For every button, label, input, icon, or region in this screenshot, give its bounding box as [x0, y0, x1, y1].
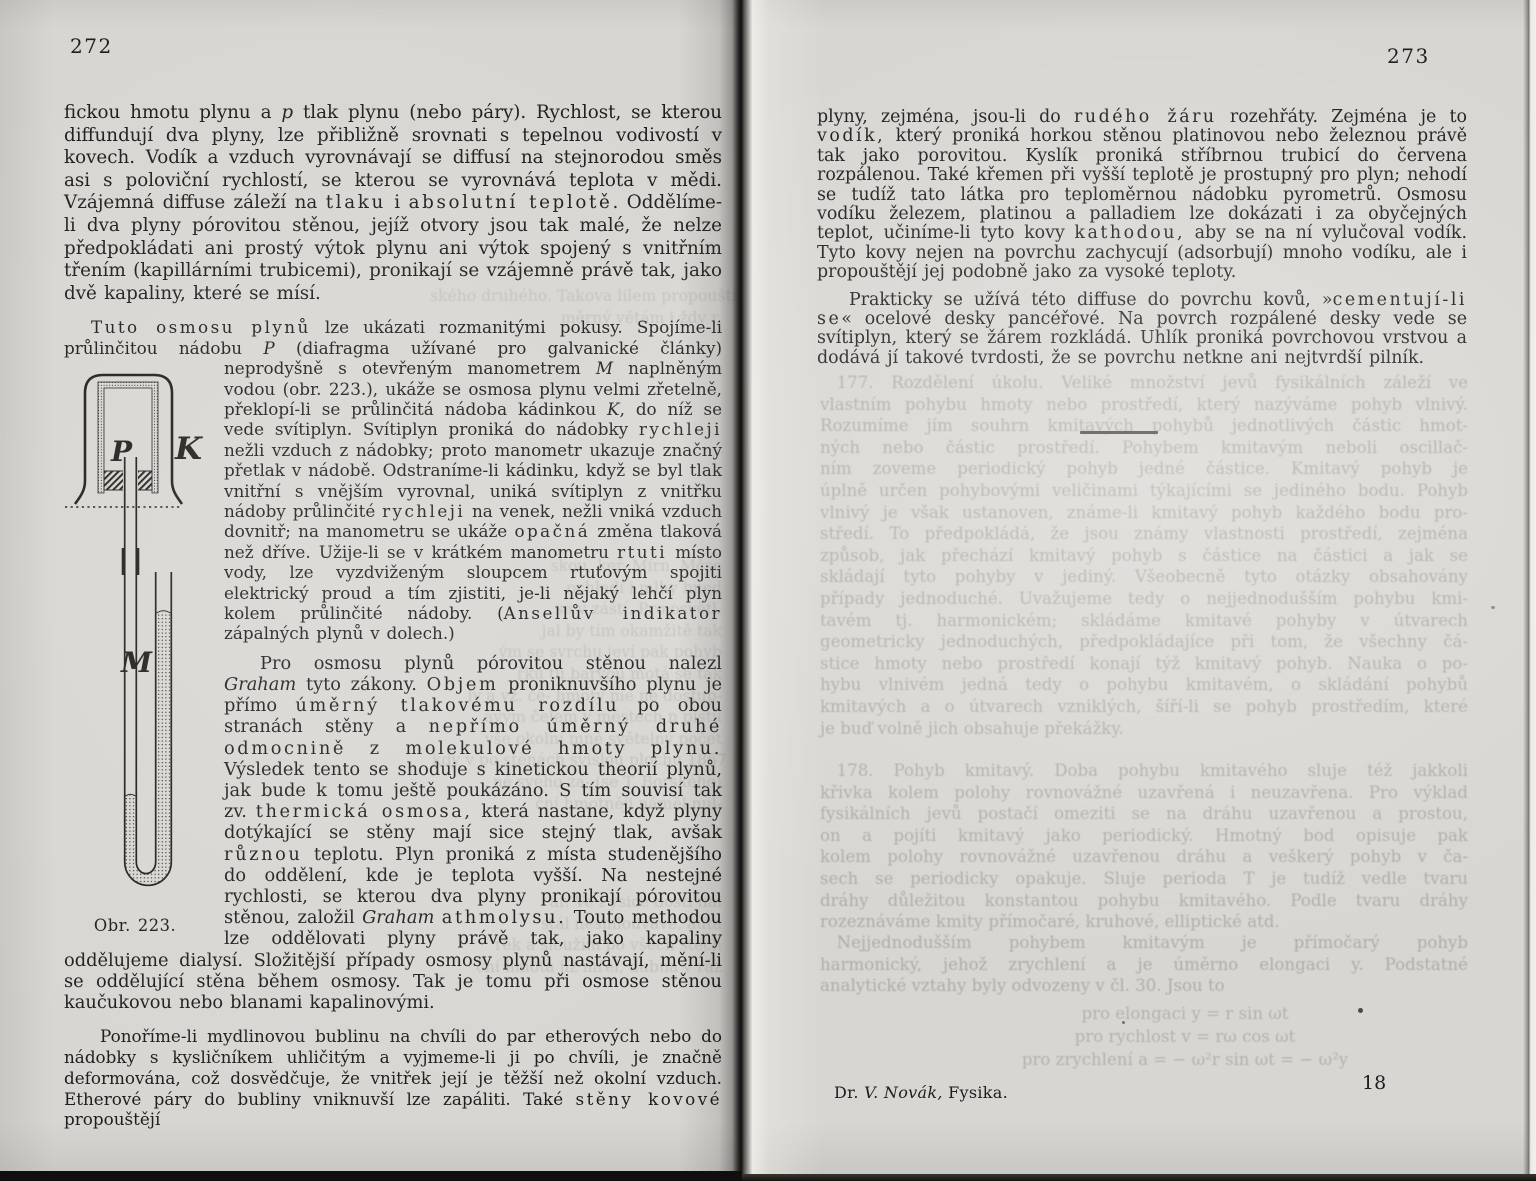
paragraph-osmosis-rest: s otevřeným manometrem M naplněným vodou… [224, 358, 722, 643]
page-edge-right [1523, 0, 1536, 1181]
left-text-column: fickou hmotu plynu a p tlak plynu (nebo … [64, 102, 722, 1130]
page-number-right: 273 [1387, 44, 1430, 68]
bleedthrough-text-block-1: 177. Rozdělení úkolu. Veliké množství je… [820, 372, 1468, 739]
book-spread: 272 273 fickou hmotu plynu a p tlak plyn… [0, 0, 1536, 1181]
figure-223: P K M Obr. 223. [64, 362, 206, 936]
section-divider-rule [1080, 431, 1158, 434]
manometer-illustration: P K M [64, 362, 206, 907]
figure-label-P: P [110, 435, 133, 468]
paragraph-diffusion: fickou hmotu plynu a p tlak plynu (nebo … [64, 102, 722, 305]
footer-book-title: Dr. V. Novák, Fysika. [834, 1083, 1008, 1102]
scan-edge-bottom-right [742, 1174, 1536, 1181]
paragraph-gases-red-heat: plyny, zejména, jsou-li do rudého žáru r… [817, 108, 1467, 283]
paragraph-soap-bubble: Ponoříme-li mydlinovou bublinu na chvíli… [64, 1026, 722, 1130]
footer-signature-number: 18 [1362, 1072, 1386, 1094]
bleedthrough-text-block-2: 178. Pohyb kmitavý. Doba pohybu kmitavéh… [820, 760, 1468, 933]
bleedthrough-formulas: pro elongaci y = r sin ωtpro rychlost v … [955, 1002, 1415, 1071]
ink-speck [1491, 606, 1495, 609]
figure-caption: Obr. 223. [64, 916, 206, 936]
right-text-column: plyny, zejména, jsou-li do rudého žáru r… [817, 108, 1467, 368]
ink-speck [1358, 1008, 1363, 1013]
liquid-right-limb [157, 612, 171, 862]
figure-label-K: K [174, 431, 203, 467]
page-number-left: 272 [70, 34, 113, 58]
liquid-left-limb [126, 795, 136, 862]
figure-label-M: M [120, 646, 153, 679]
paragraph-osmosis-experiments: Tuto osmosu plynů lze ukázati rozmanitým… [64, 317, 722, 644]
bleedthrough-text-block-3: Nejjednodušším pohybem kmitavým je přímo… [820, 932, 1468, 997]
paragraph-cementation: Prakticky se užívá této diffuse do povrc… [817, 291, 1467, 369]
ink-speck [1122, 1021, 1125, 1024]
liquid-bend [125, 862, 172, 885]
scan-edge-bottom-left [0, 1171, 742, 1181]
